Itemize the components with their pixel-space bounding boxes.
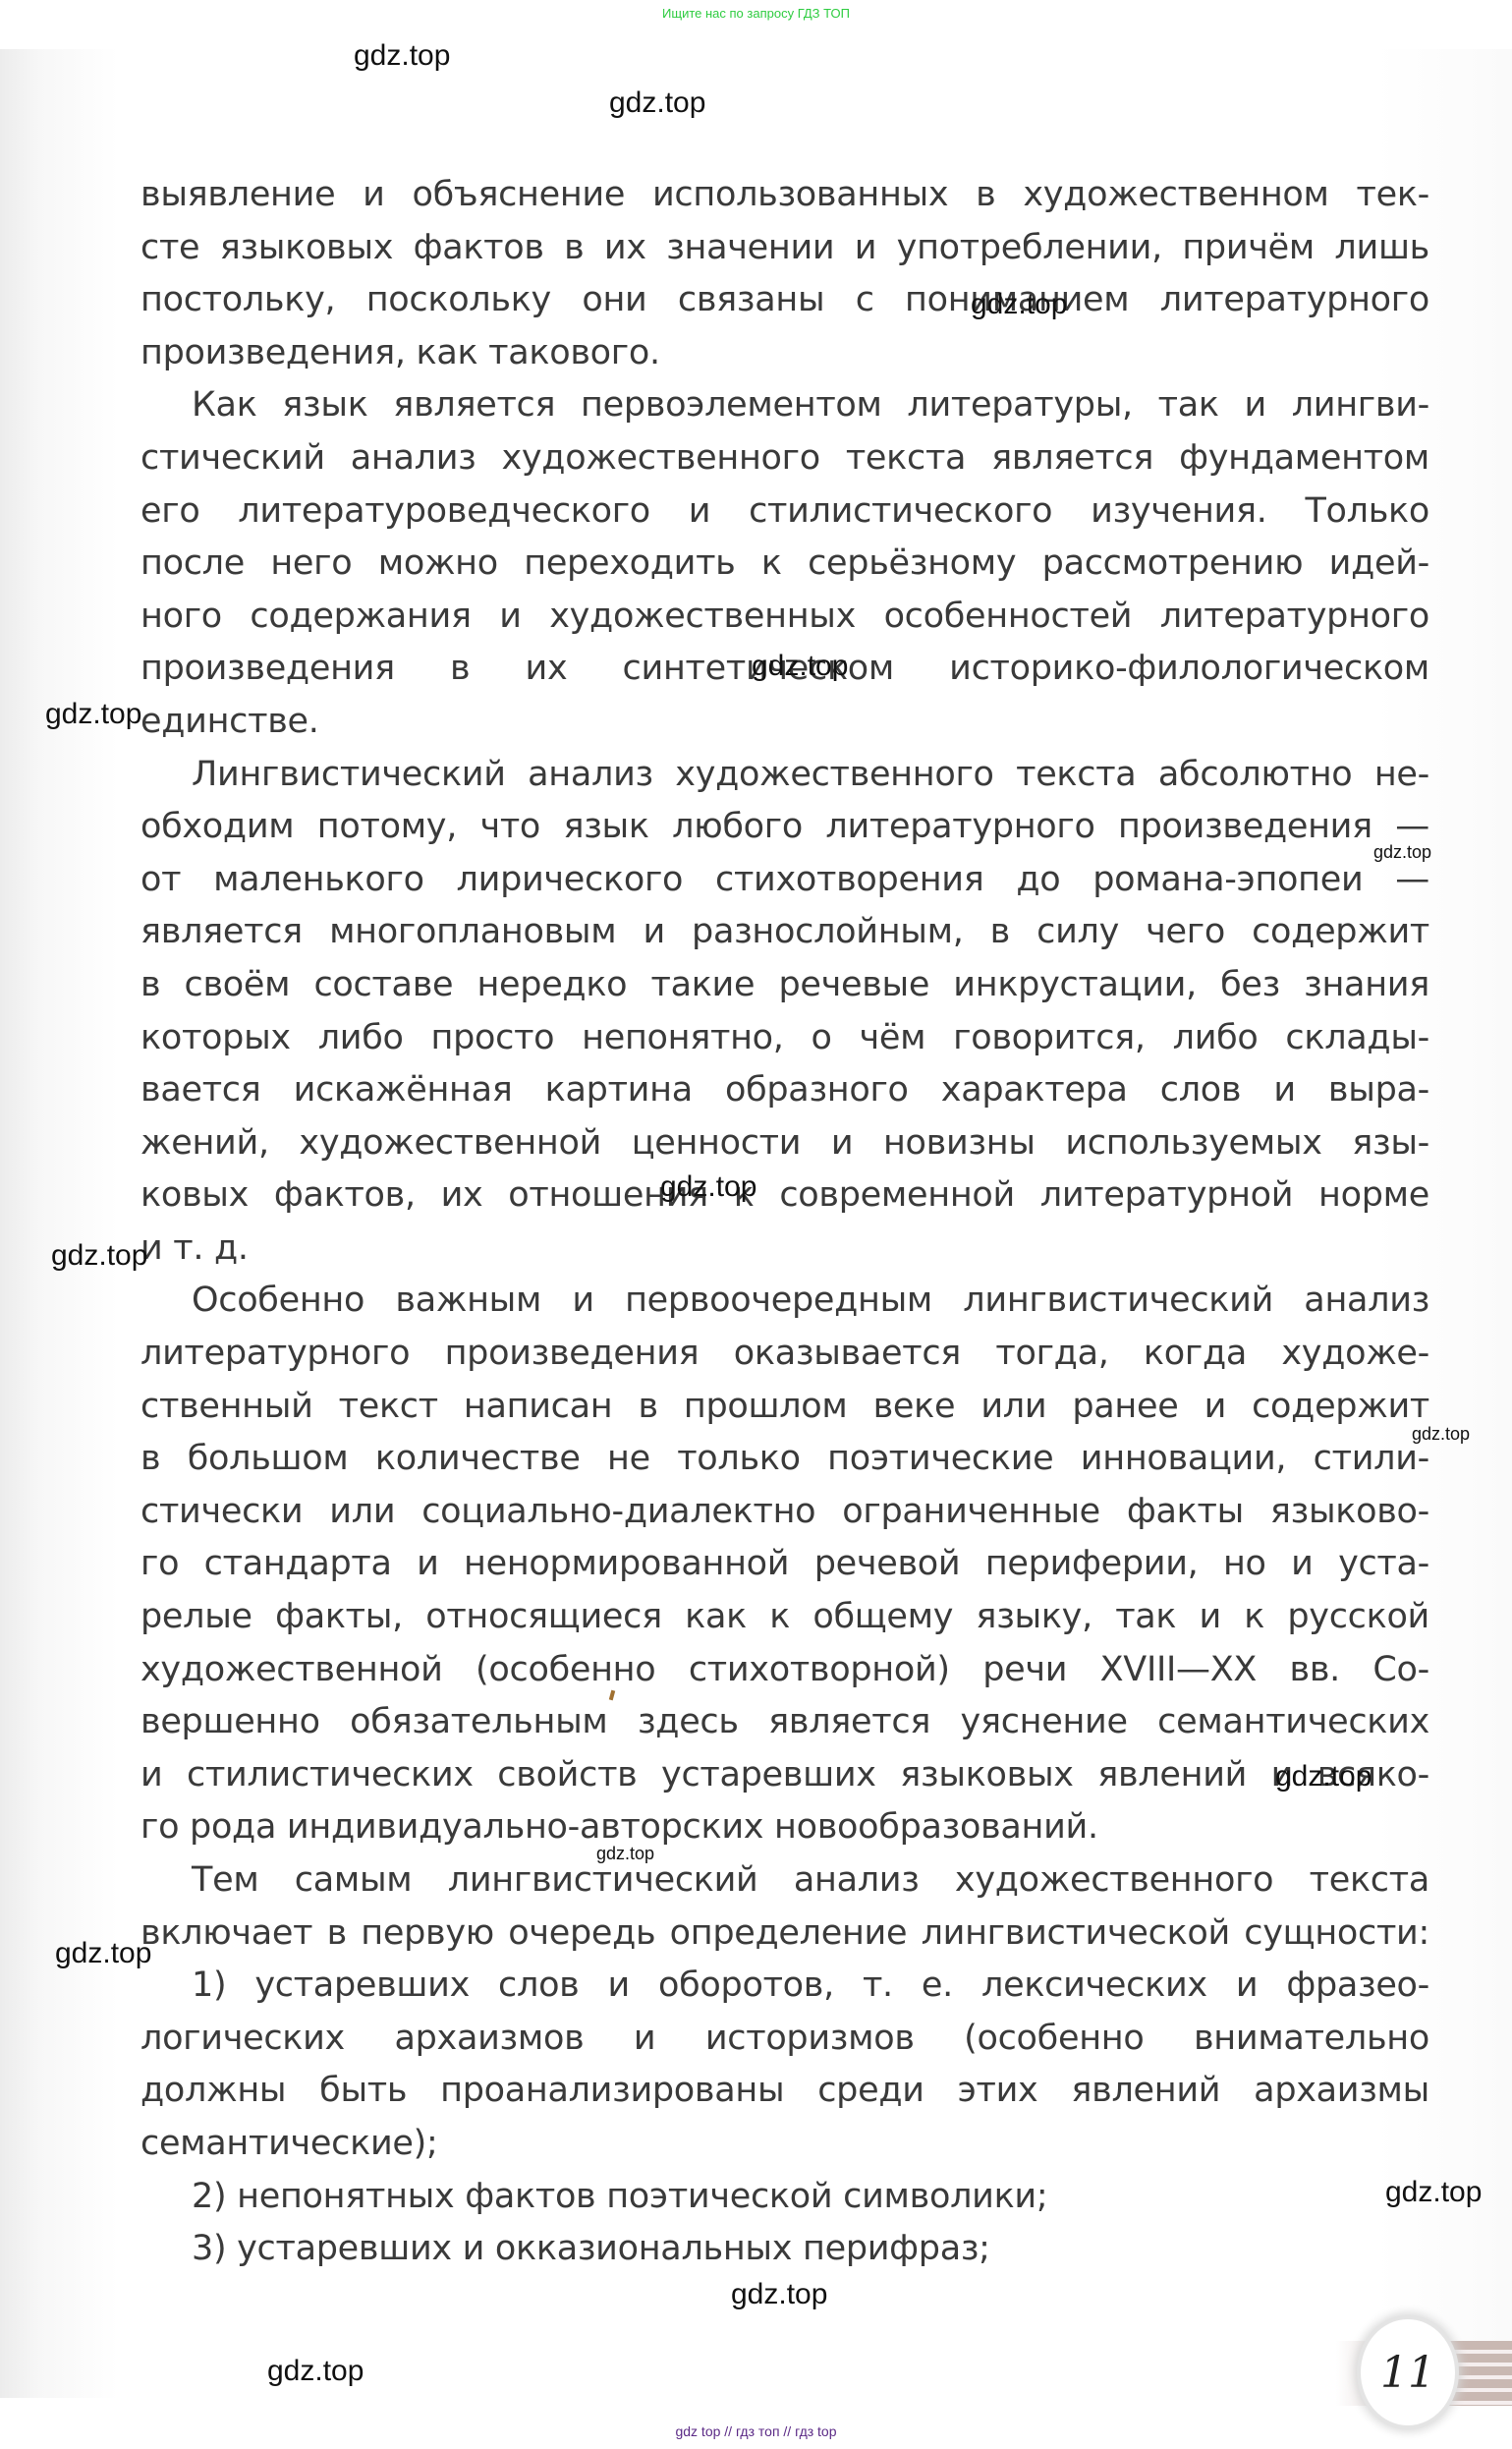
page-number-badge: 11 bbox=[1336, 2319, 1512, 2437]
text-line: единстве. bbox=[140, 696, 1429, 749]
text-line: стический анализ художественного текста … bbox=[140, 432, 1429, 485]
text-line: ственный текст написан в прошлом веке ил… bbox=[140, 1381, 1429, 1434]
watermark: gdz.top bbox=[596, 1845, 654, 1862]
text-line: Лингвистический анализ художественного т… bbox=[140, 749, 1429, 802]
text-line: выявление и объяснение использованных в … bbox=[140, 169, 1429, 222]
watermark: gdz.top bbox=[731, 2280, 827, 2309]
text-line: 1) устаревших слов и оборотов, т. е. лек… bbox=[140, 1960, 1429, 2013]
watermark: gdz.top bbox=[267, 2357, 364, 2386]
page-number: 11 bbox=[1380, 2348, 1435, 2398]
watermark: gdz.top bbox=[51, 1241, 147, 1271]
text-line: вершенно обязательным здесь является уяс… bbox=[140, 1696, 1429, 1749]
text-line: произведения, как такового. bbox=[140, 327, 1429, 380]
text-line: логических архаизмов и историзмов (особе… bbox=[140, 2013, 1429, 2066]
text-line: Тем самым лингвистический анализ художес… bbox=[140, 1854, 1429, 1908]
text-line: 3) устаревших и окказиональных перифраз; bbox=[140, 2223, 1429, 2276]
book-page: выявление и объяснение использованных в … bbox=[0, 49, 1512, 2398]
body-text: выявление и объяснение использованных в … bbox=[140, 169, 1429, 2276]
watermark: gdz.top bbox=[609, 88, 705, 118]
text-line: является многоплановым и разнослойным, в… bbox=[140, 906, 1429, 959]
text-line: сте языковых фактов в их значении и упот… bbox=[140, 222, 1429, 275]
text-line: художественной (особенно стихотворной) р… bbox=[140, 1644, 1429, 1697]
text-line: включает в первую очередь определение ли… bbox=[140, 1908, 1429, 1961]
text-line: литературного произведения оказывается т… bbox=[140, 1328, 1429, 1381]
watermark: gdz.top bbox=[1385, 2178, 1482, 2207]
watermark: gdz.top bbox=[354, 41, 450, 71]
text-line: ковых фактов, их отношения к современной… bbox=[140, 1169, 1429, 1223]
text-line: в своём составе нередко такие речевые ин… bbox=[140, 959, 1429, 1012]
text-line: Как язык является первоэлементом литерат… bbox=[140, 379, 1429, 432]
watermark: gdz.top bbox=[55, 1939, 151, 1968]
text-line: его литературоведческого и стилистическо… bbox=[140, 485, 1429, 539]
text-line: ного содержания и художественных особенн… bbox=[140, 591, 1429, 644]
text-line: и т. д. bbox=[140, 1223, 1429, 1276]
watermark: gdz.top bbox=[660, 1172, 756, 1202]
watermark: gdz.top bbox=[971, 290, 1067, 319]
watermark: gdz.top bbox=[1373, 843, 1431, 861]
text-line: в большом количестве не только поэтическ… bbox=[140, 1433, 1429, 1486]
text-line: постольку, поскольку они связаны с поним… bbox=[140, 274, 1429, 327]
text-line: жений, художественной ценности и новизны… bbox=[140, 1117, 1429, 1170]
watermark: gdz.top bbox=[45, 700, 141, 729]
text-line: Особенно важным и первоочередным лингвис… bbox=[140, 1275, 1429, 1328]
watermark: gdz.top bbox=[752, 652, 848, 681]
text-line: должны быть проанализированы среди этих … bbox=[140, 2065, 1429, 2118]
text-line: семантические); bbox=[140, 2118, 1429, 2171]
text-line: и стилистических свойств устаревших язык… bbox=[140, 1749, 1429, 1802]
watermark: gdz.top bbox=[1412, 1425, 1470, 1443]
text-line: 2) непонятных фактов поэтической символи… bbox=[140, 2171, 1429, 2224]
text-line: от маленького лирического стихотворения … bbox=[140, 854, 1429, 907]
text-line: го стандарта и ненормированной речевой п… bbox=[140, 1538, 1429, 1591]
text-line: го рода индивидуально-авторских новообра… bbox=[140, 1801, 1429, 1854]
footer-links: gdz top // гдз топ // гдз top bbox=[0, 2423, 1512, 2439]
text-line: стически или социально-диалектно огранич… bbox=[140, 1486, 1429, 1539]
text-line: релые факты, относящиеся как к общему яз… bbox=[140, 1591, 1429, 1644]
text-line: после него можно переходить к серьёзному… bbox=[140, 538, 1429, 591]
text-line: которых либо просто непонятно, о чём гов… bbox=[140, 1012, 1429, 1065]
watermark: gdz.top bbox=[1275, 1762, 1372, 1792]
top-banner: Ищите нас по запросу ГДЗ ТОП bbox=[0, 6, 1512, 21]
text-line: вается искажённая картина образного хара… bbox=[140, 1064, 1429, 1117]
text-line: обходим потому, что язык любого литерату… bbox=[140, 801, 1429, 854]
page-number-circle: 11 bbox=[1361, 2319, 1455, 2425]
